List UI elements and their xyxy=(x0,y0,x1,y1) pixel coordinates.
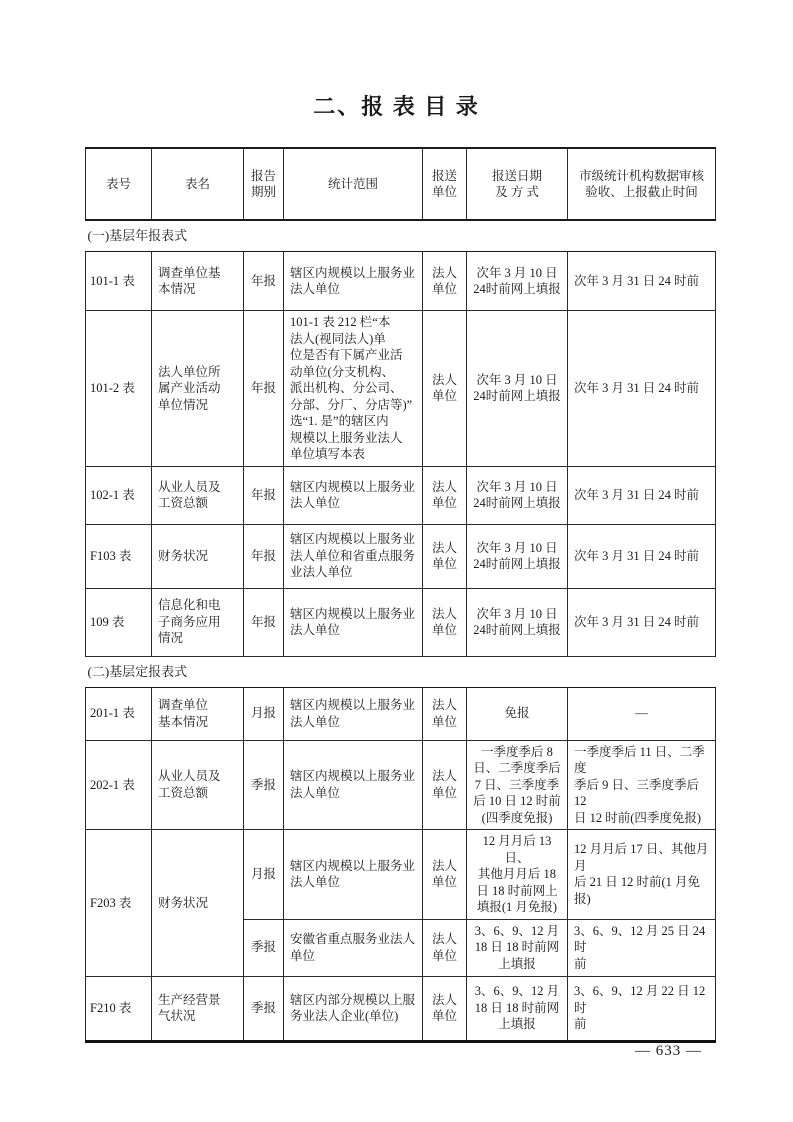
column-header: 表名 xyxy=(152,148,244,220)
scope-cell: 辖区内规模以上服务业 法人单位 xyxy=(284,830,423,920)
form-name-cell: 从业人员及 工资总额 xyxy=(152,740,244,830)
form-name-cell: 财务状况 xyxy=(152,524,244,588)
date-mode-cell: 次年 3 月 10 日 24时前网上填报 xyxy=(467,311,568,467)
deadline-cell: 3、6、9、12 月 25 日 24 时 前 xyxy=(568,919,716,976)
form-no-cell: 109 表 xyxy=(86,588,152,656)
period-cell: 年报 xyxy=(244,588,284,656)
unit-cell: 法人 单位 xyxy=(423,466,467,524)
date-mode-cell: 一季度季后 8 日、二季度季后 7 日、三季度季 后 10 日 12 时前 (四… xyxy=(467,740,568,830)
table-body: (一)基层年报表式101-1 表调查单位基 本情况年报辖区内规模以上服务业 法人… xyxy=(86,220,716,1041)
table-row: 102-1 表从业人员及 工资总额年报辖区内规模以上服务业 法人单位法人 单位次… xyxy=(86,466,716,524)
date-mode-cell: 3、6、9、12 月 18 日 18 时前网 上填报 xyxy=(467,919,568,976)
form-no-cell: 101-1 表 xyxy=(86,252,152,311)
table-row: 109 表信息化和电 子商务应用 情况年报辖区内规模以上服务业 法人单位法人 单… xyxy=(86,588,716,656)
deadline-cell: 次年 3 月 31 日 24 时前 xyxy=(568,466,716,524)
date-mode-cell: 免报 xyxy=(467,687,568,740)
deadline-cell: 3、6、9、12 月 22 日 12 时 前 xyxy=(568,976,716,1041)
column-header: 统计范围 xyxy=(284,148,423,220)
page-title: 二、报 表 目 录 xyxy=(0,90,793,121)
scope-cell: 辖区内规模以上服务业 法人单位 xyxy=(284,588,423,656)
date-mode-cell: 次年 3 月 10 日 24时前网上填报 xyxy=(467,588,568,656)
section-row: (二)基层定报表式 xyxy=(86,656,716,687)
form-name-cell: 法人单位所 属产业活动 单位情况 xyxy=(152,311,244,467)
period-cell: 月报 xyxy=(244,687,284,740)
form-name-cell: 生产经营景 气状况 xyxy=(152,976,244,1041)
form-no-cell: F203 表 xyxy=(86,830,152,977)
header-row: 表号表名报告 期别统计范围报送 单位报送日期 及 方 式市级统计机构数据审核 验… xyxy=(86,148,716,220)
date-mode-cell: 次年 3 月 10 日 24时前网上填报 xyxy=(467,252,568,311)
period-cell: 年报 xyxy=(244,466,284,524)
scope-cell: 辖区内规模以上服务业 法人单位 xyxy=(284,687,423,740)
table-row: 101-1 表调查单位基 本情况年报辖区内规模以上服务业 法人单位法人 单位次年… xyxy=(86,252,716,311)
deadline-cell: — xyxy=(568,687,716,740)
unit-cell: 法人 单位 xyxy=(423,919,467,976)
deadline-cell: 次年 3 月 31 日 24 时前 xyxy=(568,252,716,311)
unit-cell: 法人 单位 xyxy=(423,740,467,830)
scope-cell: 辖区内规模以上服务业 法人单位 xyxy=(284,740,423,830)
date-mode-cell: 12 月月后 13 日、 其他月月后 18 日 18 时前网上 填报(1 月免报… xyxy=(467,830,568,920)
table-row: 101-2 表法人单位所 属产业活动 单位情况年报101-1 表 212 栏“本… xyxy=(86,311,716,467)
table-row: F203 表财务状况月报辖区内规模以上服务业 法人单位法人 单位12 月月后 1… xyxy=(86,830,716,920)
form-name-cell: 信息化和电 子商务应用 情况 xyxy=(152,588,244,656)
column-header: 报送日期 及 方 式 xyxy=(467,148,568,220)
deadline-cell: 次年 3 月 31 日 24 时前 xyxy=(568,588,716,656)
deadline-cell: 次年 3 月 31 日 24 时前 xyxy=(568,311,716,467)
unit-cell: 法人 单位 xyxy=(423,976,467,1041)
unit-cell: 法人 单位 xyxy=(423,524,467,588)
period-cell: 年报 xyxy=(244,252,284,311)
form-no-cell: 102-1 表 xyxy=(86,466,152,524)
period-cell: 季报 xyxy=(244,919,284,976)
page-number: — 633 — xyxy=(0,1043,702,1060)
period-cell: 季报 xyxy=(244,740,284,830)
scope-cell: 101-1 表 212 栏“本 法人(视同法人)单 位是否有下属产业活 动单位(… xyxy=(284,311,423,467)
column-header: 报告 期别 xyxy=(244,148,284,220)
unit-cell: 法人 单位 xyxy=(423,588,467,656)
column-header: 报送 单位 xyxy=(423,148,467,220)
scope-cell: 辖区内部分规模以上服 务业法人企业(单位) xyxy=(284,976,423,1041)
deadline-cell: 12 月月后 17 日、其他月月 后 21 日 12 时前(1 月免报) xyxy=(568,830,716,920)
table-row: 202-1 表从业人员及 工资总额季报辖区内规模以上服务业 法人单位法人 单位一… xyxy=(86,740,716,830)
date-mode-cell: 3、6、9、12 月 18 日 18 时前网 上填报 xyxy=(467,976,568,1041)
scope-cell: 辖区内规模以上服务业 法人单位 xyxy=(284,466,423,524)
form-name-cell: 调查单位基 本情况 xyxy=(152,252,244,311)
form-no-cell: 101-2 表 xyxy=(86,311,152,467)
form-no-cell: F103 表 xyxy=(86,524,152,588)
table-header-row: 表号表名报告 期别统计范围报送 单位报送日期 及 方 式市级统计机构数据审核 验… xyxy=(86,148,716,220)
table-row: F103 表财务状况年报辖区内规模以上服务业 法人单位和省重点服务 业法人单位法… xyxy=(86,524,716,588)
form-name-cell: 财务状况 xyxy=(152,830,244,977)
period-cell: 年报 xyxy=(244,524,284,588)
form-no-cell: 202-1 表 xyxy=(86,740,152,830)
period-cell: 季报 xyxy=(244,976,284,1041)
section-row: (一)基层年报表式 xyxy=(86,220,716,252)
section-label: (一)基层年报表式 xyxy=(86,220,716,252)
unit-cell: 法人 单位 xyxy=(423,687,467,740)
form-name-cell: 从业人员及 工资总额 xyxy=(152,466,244,524)
scope-cell: 安徽省重点服务业法人 单位 xyxy=(284,919,423,976)
form-name-cell: 调查单位 基本情况 xyxy=(152,687,244,740)
deadline-cell: 一季度季后 11 日、二季度 季后 9 日、三季度季后 12 日 12 时前(四… xyxy=(568,740,716,830)
form-no-cell: 201-1 表 xyxy=(86,687,152,740)
date-mode-cell: 次年 3 月 10 日 24时前网上填报 xyxy=(467,524,568,588)
column-header: 表号 xyxy=(86,148,152,220)
table-row: 201-1 表调查单位 基本情况月报辖区内规模以上服务业 法人单位法人 单位免报… xyxy=(86,687,716,740)
document-page: 二、报 表 目 录 表号表名报告 期别统计范围报送 单位报送日期 及 方 式市级… xyxy=(0,0,793,1122)
period-cell: 月报 xyxy=(244,830,284,920)
period-cell: 年报 xyxy=(244,311,284,467)
report-table: 表号表名报告 期别统计范围报送 单位报送日期 及 方 式市级统计机构数据审核 验… xyxy=(85,147,716,1043)
form-no-cell: F210 表 xyxy=(86,976,152,1041)
unit-cell: 法人 单位 xyxy=(423,252,467,311)
unit-cell: 法人 单位 xyxy=(423,830,467,920)
scope-cell: 辖区内规模以上服务业 法人单位和省重点服务 业法人单位 xyxy=(284,524,423,588)
scope-cell: 辖区内规模以上服务业 法人单位 xyxy=(284,252,423,311)
date-mode-cell: 次年 3 月 10 日 24时前网上填报 xyxy=(467,466,568,524)
unit-cell: 法人 单位 xyxy=(423,311,467,467)
table-row: F210 表生产经营景 气状况季报辖区内部分规模以上服 务业法人企业(单位)法人… xyxy=(86,976,716,1041)
deadline-cell: 次年 3 月 31 日 24 时前 xyxy=(568,524,716,588)
column-header: 市级统计机构数据审核 验收、上报截止时间 xyxy=(568,148,716,220)
section-label: (二)基层定报表式 xyxy=(86,656,716,687)
